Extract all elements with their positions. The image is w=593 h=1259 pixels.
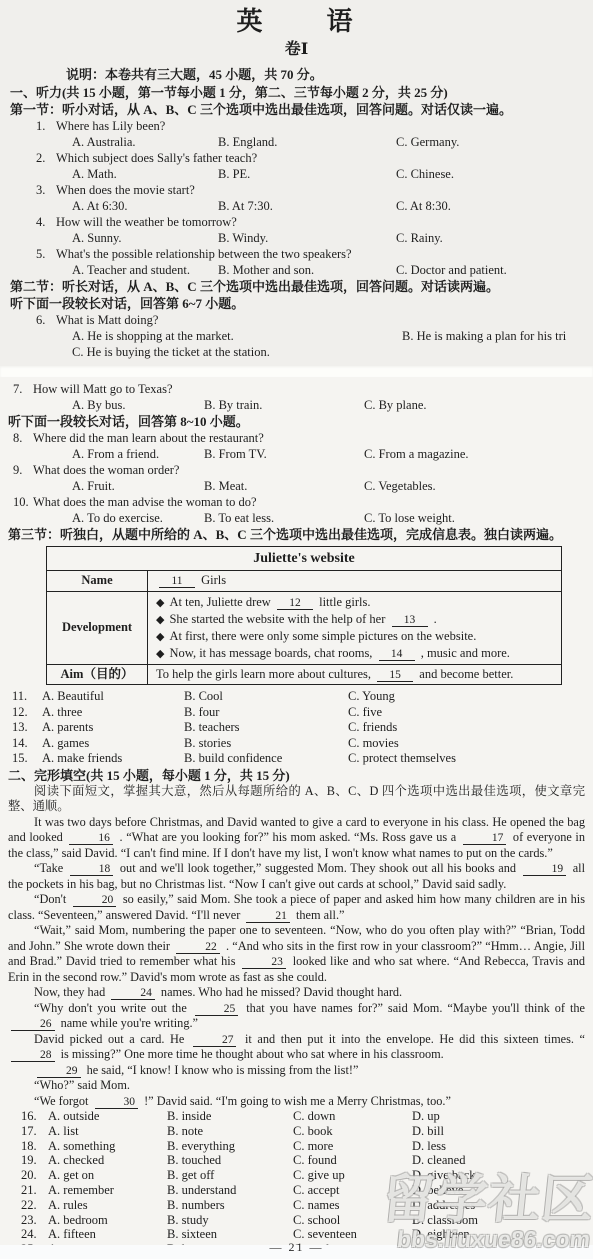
question-text: How will Matt go to Texas? (33, 382, 173, 396)
option-c: C. From a magazine. (364, 446, 585, 462)
table-row-aim-content: To help the girls learn more about cultu… (148, 664, 562, 685)
cloze-option-row: 16.A. outsideB. insideC. downD. up (8, 1109, 585, 1124)
fill-in-blank: 22 (176, 942, 220, 954)
cloze-option-row: 19.A. checkedB. touchedC. foundD. cleane… (8, 1153, 585, 1168)
listening-info-table: Juliette's website Name 11 Girls Develop… (46, 546, 562, 685)
page-number: — 21 — (0, 1240, 593, 1256)
option-b: B. four (184, 705, 348, 721)
question-number: 13. (12, 720, 42, 736)
fill-in-blank: 26 (11, 1019, 55, 1031)
option-b: B. By train. (204, 397, 364, 413)
option-row: 11.A. BeautifulB. CoolC. Young (8, 689, 585, 705)
option-a: A. list (48, 1124, 167, 1139)
cloze-option-row: 18.A. somethingB. everythingC. moreD. le… (8, 1139, 585, 1154)
option-a: A. He is shopping at the market. (72, 328, 402, 344)
option-b: B. From TV. (204, 446, 364, 462)
question-number: 18. (21, 1139, 48, 1154)
fill-in-blank: 13 (392, 615, 428, 627)
question-number: 22. (21, 1198, 48, 1213)
question-number: 3. (36, 182, 56, 198)
table-row-development-content: ◆At ten, Juliette drew 12 little girls. … (148, 591, 562, 664)
bullet-item: ◆At first, there were only some simple p… (156, 628, 553, 645)
fill-in-blank: 29 (37, 1066, 81, 1078)
diamond-bullet-icon: ◆ (156, 631, 164, 643)
option-c: C. Vegetables. (364, 478, 585, 494)
option-c: C. Doctor and patient. (396, 262, 583, 278)
fill-in-blank: 17 (463, 833, 507, 845)
table-row-label-development: Development (47, 591, 148, 664)
diamond-bullet-icon: ◆ (156, 614, 164, 626)
option-b: B. stories (184, 736, 348, 752)
option-a: A. Fruit. (72, 478, 204, 494)
option-a: A. checked (48, 1153, 167, 1168)
option-a: A. outside (48, 1109, 167, 1124)
option-a: A. get on (48, 1168, 167, 1183)
question-block: 8.Where did the man learn about the rest… (8, 430, 585, 462)
bullet-item: ◆At ten, Juliette drew 12 little girls. (156, 594, 553, 611)
question-text: Where did the man learn about the restau… (33, 431, 264, 445)
cloze-paragraph: David picked out a card. He 27 it and th… (8, 1032, 585, 1063)
option-a: A. something (48, 1139, 167, 1154)
question-block: 1.Where has Lily been? A. Australia.B. E… (10, 118, 583, 150)
option-c: C. By plane. (364, 397, 585, 413)
question-text: What does the woman order? (33, 463, 179, 477)
option-row: 13.A. parentsB. teachersC. friends (8, 720, 585, 736)
option-c: C. Chinese. (396, 166, 583, 182)
cloze-option-row: 21.A. rememberB. understandC. acceptD. b… (8, 1183, 585, 1198)
exam-page: 英 语 卷Ⅰ 说明：本卷共有三大题，45 小题，共 70 分。 一、听力(共 1… (0, 0, 593, 1259)
question-number: 2. (36, 150, 56, 166)
option-a: A. By bus. (72, 397, 204, 413)
bullet-text: She started the website with the help of… (169, 612, 436, 626)
question-text: How will the weather be tomorrow? (56, 215, 237, 229)
part2-heading: 第二节：听长对话，从 A、B、C 三个选项中选出最佳选项，回答问题。对话读两遍。 (10, 278, 583, 295)
option-c: C. give up (293, 1168, 412, 1183)
option-b: B. numbers (167, 1198, 293, 1213)
cloze-intro: 阅读下面短文，掌握其大意，然后从每题所给的 A、B、C、D 四个选项中选出最佳选… (8, 784, 585, 815)
option-a: A. bedroom (48, 1213, 167, 1228)
bullet-text: At ten, Juliette drew 12 little girls. (169, 595, 370, 609)
option-c: C. more (293, 1139, 412, 1154)
question-block: 6.What is Matt doing? A. He is shopping … (10, 312, 583, 360)
option-d: D. addresses (412, 1198, 585, 1213)
option-b: B. get off (167, 1168, 293, 1183)
bullet-text: At first, there were only some simple pi… (169, 629, 476, 643)
cloze-option-row: 20.A. get onB. get offC. give upD. give … (8, 1168, 585, 1183)
option-a: A. Beautiful (42, 689, 184, 705)
option-a: A. Australia. (72, 134, 218, 150)
question-text: Where has Lily been? (56, 119, 165, 133)
fill-in-blank: 30 (95, 1097, 139, 1109)
question-number: 5. (36, 246, 56, 262)
option-row: 15.A. make friendsB. build confidenceC. … (8, 751, 585, 767)
question-number: 16. (21, 1109, 48, 1124)
option-b: B. note (167, 1124, 293, 1139)
option-a: A. At 6:30. (72, 198, 218, 214)
cloze-option-row: 23.A. bedroomB. studyC. schoolD. classro… (8, 1213, 585, 1228)
question-number: 20. (21, 1168, 48, 1183)
fill-in-blank: 14 (379, 649, 415, 661)
cloze-paragraph: 29 he said, “I know! I know who is missi… (8, 1063, 585, 1079)
part1-heading: 第一节：听小对话，从 A、B、C 三个选项中选出最佳选项，回答问题。对话仅读一遍… (10, 101, 583, 118)
fill-in-blank: 18 (70, 864, 114, 876)
fill-in-blank: 11 (159, 576, 195, 588)
option-b: B. England. (218, 134, 396, 150)
fill-in-blank: 25 (195, 1004, 239, 1016)
fill-in-blank: 21 (246, 911, 290, 923)
fill-in-blank: 23 (242, 957, 286, 969)
cloze-option-row: 17.A. listB. noteC. bookD. bill (8, 1124, 585, 1139)
table-row-name-content: 11 Girls (148, 571, 562, 592)
question-number: 9. (13, 462, 33, 478)
question-number: 1. (36, 118, 56, 134)
section2-heading: 二、完形填空(共 15 小题，每小题 1 分，共 15 分) (8, 767, 585, 784)
option-b: B. Windy. (218, 230, 396, 246)
question-block: 7.How will Matt go to Texas? A. By bus.B… (8, 381, 585, 413)
option-a: A. games (42, 736, 184, 752)
option-c: C. He is buying the ticket at the statio… (72, 344, 583, 360)
question-number: 17. (21, 1124, 48, 1139)
fill-in-blank: 12 (277, 598, 313, 610)
question-block: 5.What's the possible relationship betwe… (10, 246, 583, 278)
option-b: B. study (167, 1213, 293, 1228)
cloze-paragraph: “We forgot 30 !” David said. “I'm going … (8, 1094, 585, 1110)
option-c: C. school (293, 1213, 412, 1228)
option-a: A. Teacher and student. (72, 262, 218, 278)
cloze-passage: 阅读下面短文，掌握其大意，然后从每题所给的 A、B、C、D 四个选项中选出最佳选… (8, 784, 585, 1110)
question-block: 4.How will the weather be tomorrow? A. S… (10, 214, 583, 246)
option-d: D. give back (412, 1168, 585, 1183)
option-b: B. At 7:30. (218, 198, 396, 214)
volume-label: 卷Ⅰ (10, 40, 583, 60)
fill-in-blank: 24 (111, 988, 155, 1000)
cloze-paragraph: Now, they had 24 names. Who had he misse… (8, 985, 585, 1001)
cloze-paragraph: It was two days before Christmas, and Da… (8, 815, 585, 862)
option-b: B. inside (167, 1109, 293, 1124)
option-c: C. Germany. (396, 134, 583, 150)
option-d: D. less (412, 1139, 585, 1154)
option-d: D. believe (412, 1183, 585, 1198)
option-a: A. To do exercise. (72, 510, 204, 526)
option-c: C. book (293, 1124, 412, 1139)
question-text: What's the possible relationship between… (56, 247, 352, 261)
question-text: When does the movie start? (56, 183, 195, 197)
table-row-label-aim: Aim（目的） (47, 664, 148, 685)
option-b: B. Meat. (204, 478, 364, 494)
dialog1-note: 听下面一段较长对话，回答第 6~7 小题。 (10, 295, 583, 312)
option-c: C. Young (348, 689, 585, 705)
option-c: C. Rainy. (396, 230, 583, 246)
cloze-paragraph: “Who?” said Mom. (8, 1078, 585, 1094)
fill-in-blank: 19 (523, 864, 567, 876)
option-d: D. bill (412, 1124, 585, 1139)
question-number: 19. (21, 1153, 48, 1168)
cloze-paragraph: “Wait,” said Mom, numbering the paper on… (8, 923, 585, 985)
cloze-paragraph: “Take 18 out and we'll look together,” s… (8, 861, 585, 892)
option-a: A. From a friend. (72, 446, 204, 462)
question-number: 8. (13, 430, 33, 446)
option-c: C. found (293, 1153, 412, 1168)
question-number: 4. (36, 214, 56, 230)
scan-top-section: 英 语 卷Ⅰ 说明：本卷共有三大题，45 小题，共 70 分。 一、听力(共 1… (0, 0, 593, 366)
option-c: C. accept (293, 1183, 412, 1198)
option-b: B. everything (167, 1139, 293, 1154)
option-d: D. up (412, 1109, 585, 1124)
scan-seam (0, 366, 593, 377)
option-d: D. classroom (412, 1213, 585, 1228)
question-block: 9.What does the woman order? A. Fruit.B.… (8, 462, 585, 494)
question-number: 14. (12, 736, 42, 752)
option-a: A. remember (48, 1183, 167, 1198)
option-b: B. To eat less. (204, 510, 364, 526)
diamond-bullet-icon: ◆ (156, 648, 164, 660)
cloze-option-row: 22.A. rulesB. numbersC. namesD. addresse… (8, 1198, 585, 1213)
option-b: B. PE. (218, 166, 396, 182)
question-block: 2.Which subject does Sally's father teac… (10, 150, 583, 182)
page-title: 英 语 (10, 7, 583, 37)
question-text: What is Matt doing? (56, 313, 158, 327)
option-c: C. At 8:30. (396, 198, 583, 214)
option-c: C. down (293, 1109, 412, 1124)
option-c: C. five (348, 705, 585, 721)
option-b: B. He is making a plan for his tri (402, 328, 583, 344)
question-block: 3.When does the movie start? A. At 6:30.… (10, 182, 583, 214)
fill-in-blank: 28 (11, 1050, 55, 1062)
option-row: 14.A. gamesB. storiesC. movies (8, 736, 585, 752)
fill-in-blank: 15 (377, 670, 413, 682)
option-b: B. understand (167, 1183, 293, 1198)
bullet-item: ◆She started the website with the help o… (156, 611, 553, 628)
option-a: A. rules (48, 1198, 167, 1213)
question-number: 6. (36, 312, 56, 328)
question-number: 10. (13, 494, 33, 510)
question-number: 12. (12, 705, 42, 721)
question-text: What does the man advise the woman to do… (33, 495, 257, 509)
cloze-paragraph: “Don't 20 so easily,” said Mom. She took… (8, 892, 585, 923)
section1-heading: 一、听力(共 15 小题，第一节每小题 1 分，第二、三节每小题 2 分，共 2… (10, 84, 583, 101)
option-c: C. protect themselves (348, 751, 585, 767)
option-b: B. Mother and son. (218, 262, 396, 278)
question-number: 11. (12, 689, 42, 705)
option-a: A. Sunny. (72, 230, 218, 246)
option-a: A. parents (42, 720, 184, 736)
fill-in-blank: 20 (73, 895, 117, 907)
option-b: B. build confidence (184, 751, 348, 767)
question-number: 7. (13, 381, 33, 397)
question-text: Which subject does Sally's father teach? (56, 151, 257, 165)
question-number: 21. (21, 1183, 48, 1198)
option-c: C. movies (348, 736, 585, 752)
option-c: C. To lose weight. (364, 510, 585, 526)
question-number: 23. (21, 1213, 48, 1228)
bullet-text: Now, it has message boards, chat rooms, … (169, 646, 509, 660)
option-row: 12.A. threeB. fourC. five (8, 705, 585, 721)
option-d: D. cleaned (412, 1153, 585, 1168)
table-title: Juliette's website (47, 547, 562, 571)
option-a: A. three (42, 705, 184, 721)
fill-in-blank: 16 (69, 833, 113, 845)
cloze-paragraph: “Why don't you write out the 25 that you… (8, 1001, 585, 1032)
dialog2-note: 听下面一段较长对话，回答第 8~10 小题。 (8, 413, 585, 430)
bullet-item: ◆Now, it has message boards, chat rooms,… (156, 645, 553, 662)
question-block: 10.What does the man advise the woman to… (8, 494, 585, 526)
option-b: B. Cool (184, 689, 348, 705)
option-a: A. Math. (72, 166, 218, 182)
scan-bottom-section: 7.How will Matt go to Texas? A. By bus.B… (0, 377, 593, 1257)
option-c: C. names (293, 1198, 412, 1213)
question-number: 15. (12, 751, 42, 767)
part3-heading: 第三节：听独白，从题中所给的 A、B、C 三个选项中选出最佳选项，完成信息表。独… (8, 526, 585, 543)
option-b: B. teachers (184, 720, 348, 736)
diamond-bullet-icon: ◆ (156, 597, 164, 609)
option-c: C. friends (348, 720, 585, 736)
exam-instructions: 说明：本卷共有三大题，45 小题，共 70 分。 (10, 66, 583, 84)
option-b: B. touched (167, 1153, 293, 1168)
fill-in-blank: 27 (193, 1035, 237, 1047)
table-row-label-name: Name (47, 571, 148, 592)
option-a: A. make friends (42, 751, 184, 767)
